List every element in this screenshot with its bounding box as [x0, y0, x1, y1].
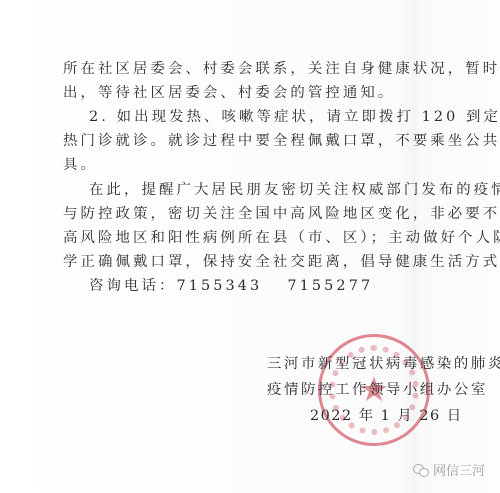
text-line: 在此，提醒广大居民朋友密切关注权威部门发布的疫情信息: [89, 181, 500, 199]
wechat-icon: [413, 464, 429, 476]
document-page: 所在社区居委会、村委会联系，关注自身健康状况，暂时不要外 出，等待社区居委会、村…: [0, 0, 500, 493]
watermark: 网信三河: [413, 460, 485, 479]
text-line: 具。: [63, 156, 98, 174]
text-line: 高风险地区和阳性病例所在县（市、区）；主动做好个人防护，科: [63, 229, 500, 247]
signature-org-line1: 三河市新型冠状病毒感染的肺炎: [267, 352, 500, 373]
signature-org-line2: 疫情防控工作领导小组办公室: [267, 378, 488, 399]
contact-phone: 咨询电话：7155343 7155277: [89, 277, 373, 295]
text-line: 热门诊就诊。就诊过程中要全程佩戴口罩，不要乘坐公共交通工: [63, 132, 500, 150]
signature-date: 2022 年 1 月 26 日: [310, 404, 463, 425]
text-line: 所在社区居委会、村委会联系，关注自身健康状况，暂时不要外: [63, 60, 500, 78]
text-line: 学正确佩戴口罩，保持安全社交距离，倡导健康生活方式。: [63, 253, 500, 271]
watermark-label: 网信三河: [433, 460, 485, 479]
text-line: 出，等待社区居委会、村委会的管控通知。: [63, 84, 395, 102]
text-line: 与防控政策，密切关注全国中高风险地区变化，非必要不前往中: [63, 205, 500, 223]
text-line: 2. 如出现发热、咳嗽等症状，请立即拨打 120 到定点医院发: [89, 108, 500, 126]
